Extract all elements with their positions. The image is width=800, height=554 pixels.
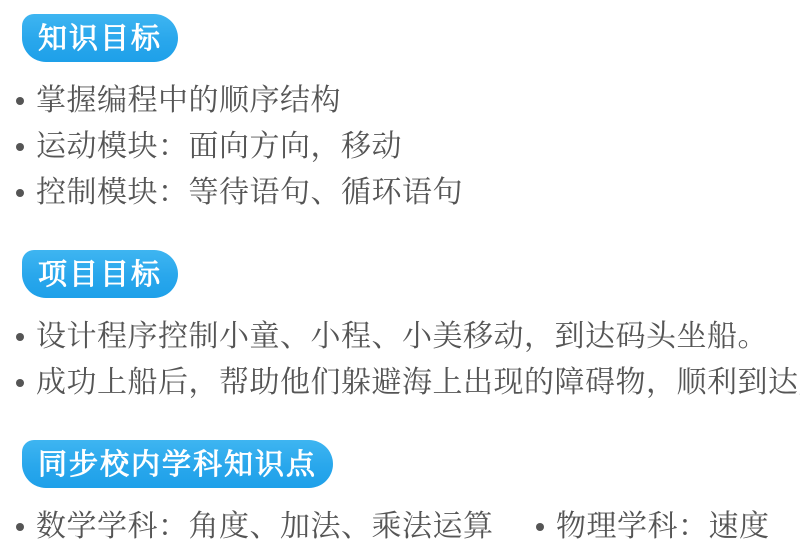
bullet-dot-icon (16, 97, 24, 105)
section-knowledge-goals: 知识目标 掌握编程中的顺序结构 运动模块：面向方向，移动 控制模块：等待语句、循… (0, 14, 800, 216)
section-title-pill-knowledge-goals: 知识目标 (22, 14, 178, 62)
section-title-row: 同步校内学科知识点 (22, 440, 800, 488)
section-title-row: 知识目标 (22, 14, 800, 62)
list-item: 设计程序控制小童、小程、小美移动，到达码头坐船。 (0, 314, 800, 360)
list-item-math: 数学学科：角度、加法、乘法运算 (0, 504, 494, 550)
list-item-text: 掌握编程中的顺序结构 (36, 83, 341, 118)
section-title-pill-school-subject-points: 同步校内学科知识点 (22, 440, 333, 488)
list-item-text: 运动模块：面向方向，移动 (36, 129, 402, 164)
list-item-text: 控制模块：等待语句、循环语句 (36, 175, 463, 210)
bullet-dot-icon (16, 333, 24, 341)
list-item-physics: 物理学科：速度 (520, 504, 770, 550)
bullet-dot-icon (16, 143, 24, 151)
list-item-text: 成功上船后，帮助他们躲避海上出现的障碍物，顺利到达无名岛 (36, 365, 800, 400)
bullet-dot-icon (16, 189, 24, 197)
list-item-text: 物理学科：速度 (556, 509, 770, 544)
bullet-dot-icon (16, 379, 24, 387)
section-title-pill-project-goals: 项目目标 (22, 250, 178, 298)
section-school-subject-points: 同步校内学科知识点 数学学科：角度、加法、乘法运算 物理学科：速度 (0, 440, 800, 550)
list-item: 控制模块：等待语句、循环语句 (0, 170, 800, 216)
list-item-text: 设计程序控制小童、小程、小美移动，到达码头坐船。 (36, 319, 768, 354)
bullet-dot-icon (536, 523, 544, 531)
lesson-goals-page: 知识目标 掌握编程中的顺序结构 运动模块：面向方向，移动 控制模块：等待语句、循… (0, 0, 800, 554)
list-item: 成功上船后，帮助他们躲避海上出现的障碍物，顺利到达无名岛 (0, 360, 800, 406)
section-title-row: 项目目标 (22, 250, 800, 298)
knowledge-goals-list: 掌握编程中的顺序结构 运动模块：面向方向，移动 控制模块：等待语句、循环语句 (0, 78, 800, 216)
list-item-text: 数学学科：角度、加法、乘法运算 (36, 509, 494, 544)
project-goals-list: 设计程序控制小童、小程、小美移动，到达码头坐船。 成功上船后，帮助他们躲避海上出… (0, 314, 800, 406)
list-item: 掌握编程中的顺序结构 (0, 78, 800, 124)
bullet-dot-icon (16, 523, 24, 531)
section-project-goals: 项目目标 设计程序控制小童、小程、小美移动，到达码头坐船。 成功上船后，帮助他们… (0, 250, 800, 406)
list-item: 运动模块：面向方向，移动 (0, 124, 800, 170)
school-subject-points-row: 数学学科：角度、加法、乘法运算 物理学科：速度 (0, 504, 800, 550)
